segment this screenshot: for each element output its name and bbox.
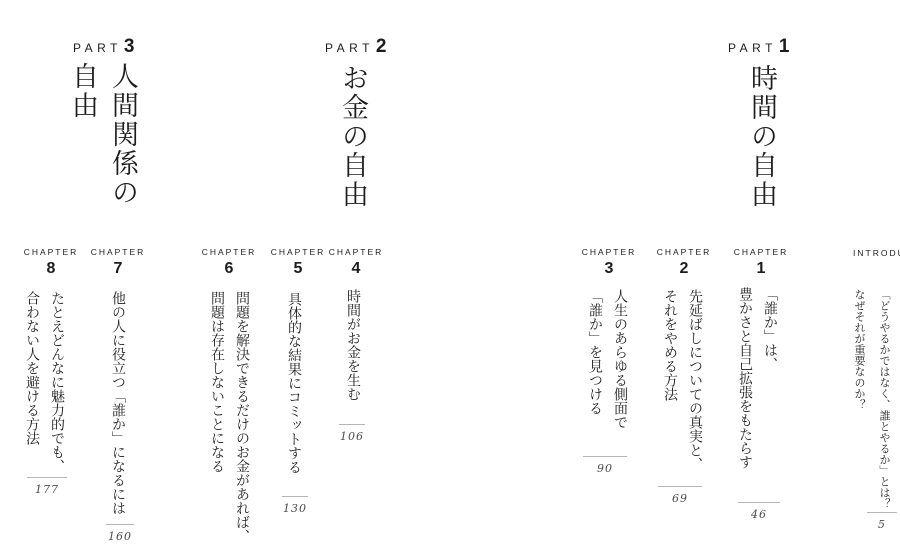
page-rule	[282, 496, 308, 497]
page-number: 46	[738, 508, 780, 521]
part-3-title: 人間関係の 自由	[63, 62, 143, 207]
chapter-title-line: たとえどんなに魅力的でも、	[45, 291, 70, 473]
chapter-title-line: 「どうやるかではなく、誰とやるか」とは？	[871, 289, 896, 509]
part-word: PART	[73, 41, 122, 55]
page-rule	[106, 524, 134, 525]
part-word: PART	[728, 41, 777, 55]
page-rule	[738, 502, 780, 503]
page-rule	[867, 512, 897, 513]
chapter-title-line: 豊かさと自己拡張をもたらす	[733, 287, 758, 469]
page-number: 69	[658, 492, 702, 505]
chapter-3-number: 3	[579, 260, 639, 278]
page-number: 5	[867, 518, 897, 531]
chapter-3-title: 人生のあらゆる側面で 「誰か」を見つける	[583, 289, 633, 429]
introduction-label: INTRODUCTION	[853, 248, 900, 258]
chapter-title-line: なぜそれが重要なのか？	[846, 289, 871, 509]
chapter-title-line: 具体的な結果にコミットする	[282, 292, 307, 474]
chapter-title-line: 「誰か」は、	[758, 287, 783, 469]
chapter-7-number: 7	[88, 260, 148, 278]
chapter-7-title: 他の人に役立つ「誰か」になるには	[105, 291, 131, 515]
part-1-title: 時間の自由	[742, 64, 782, 209]
book-toc-page: { "page": { "colors": { "bg": "#ffffff",…	[0, 0, 900, 560]
chapter-3-page-group: 90	[583, 456, 627, 475]
chapter-7-page-group: 160	[106, 524, 134, 543]
page-rule	[583, 456, 627, 457]
chapter-4-number: 4	[326, 260, 386, 278]
chapter-title-line: 人生のあらゆる側面で	[608, 289, 633, 429]
page-rule	[658, 486, 702, 487]
chapter-3-label: CHAPTER	[579, 247, 639, 257]
chapter-4-label: CHAPTER	[326, 247, 386, 257]
page-number: 130	[282, 502, 308, 515]
part-number: 3	[124, 36, 135, 58]
chapter-title-line: 問題を解決できるだけのお金があれば、	[230, 291, 255, 543]
chapter-2-page-group: 69	[658, 486, 702, 505]
chapter-1-page-group: 46	[738, 502, 780, 521]
chapter-1-number: 1	[731, 260, 791, 278]
page-number: 106	[339, 430, 365, 443]
chapter-7-label: CHAPTER	[88, 247, 148, 257]
page-number: 177	[27, 483, 67, 496]
part-title-line: お金の自由	[333, 64, 373, 209]
chapter-title-line: 時間がお金を生む	[341, 289, 366, 401]
chapter-title-line: 合わない人を避ける方法	[20, 291, 45, 473]
part-2-title: お金の自由	[333, 64, 373, 209]
chapter-5-number: 5	[268, 260, 328, 278]
part-number: 2	[376, 36, 387, 58]
chapter-8-label: CHAPTER	[21, 247, 81, 257]
part-title-line: 自由	[63, 62, 103, 207]
page-number: 90	[583, 462, 627, 475]
chapter-title-line: それをやめる方法	[658, 289, 683, 471]
chapter-4-page-group: 106	[339, 424, 365, 443]
part-3-label: PART 3	[73, 36, 134, 58]
chapter-2-label: CHAPTER	[654, 247, 714, 257]
chapter-5-page-group: 130	[282, 496, 308, 515]
part-number: 1	[779, 36, 790, 58]
chapter-6-number: 6	[199, 260, 259, 278]
introduction-page-group: 5	[867, 512, 897, 531]
chapter-title-line: 先延ばしについての真実と、	[683, 289, 708, 471]
page-rule	[27, 477, 67, 478]
chapter-2-title: 先延ばしについての真実と、 それをやめる方法	[658, 289, 708, 471]
chapter-4-title: 時間がお金を生む	[340, 289, 366, 401]
chapter-title-line: 「誰か」を見つける	[583, 289, 608, 429]
chapter-title-line: 他の人に役立つ「誰か」になるには	[106, 291, 131, 515]
chapter-8-page-group: 177	[27, 477, 67, 496]
page-rule	[339, 424, 365, 425]
chapter-6-title: 問題を解決できるだけのお金があれば、 問題は存在しないことになる	[203, 291, 255, 543]
chapter-title-line: 問題は存在しないことになる	[205, 291, 230, 543]
chapter-2-number: 2	[654, 260, 714, 278]
chapter-5-title: 具体的な結果にコミットする	[281, 292, 307, 474]
part-title-line: 時間の自由	[742, 64, 782, 209]
introduction-title: 「どうやるかではなく、誰とやるか」とは？ なぜそれが重要なのか？	[846, 289, 896, 509]
part-2-label: PART 2	[325, 36, 386, 58]
chapter-1-title: 「誰か」は、 豊かさと自己拡張をもたらす	[733, 287, 783, 469]
page-number: 160	[106, 530, 134, 543]
part-title-line: 人間関係の	[103, 62, 143, 207]
chapter-8-title: たとえどんなに魅力的でも、 合わない人を避ける方法	[20, 291, 70, 473]
part-1-label: PART 1	[728, 36, 789, 58]
chapter-1-label: CHAPTER	[731, 247, 791, 257]
chapter-5-label: CHAPTER	[268, 247, 328, 257]
chapter-6-label: CHAPTER	[199, 247, 259, 257]
part-word: PART	[325, 41, 374, 55]
chapter-8-number: 8	[21, 260, 81, 278]
